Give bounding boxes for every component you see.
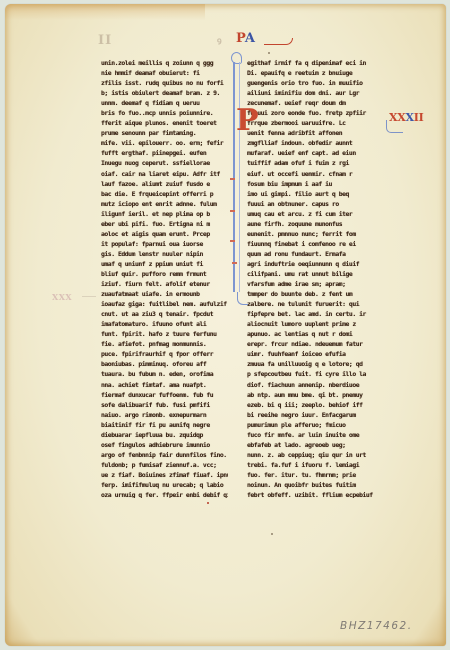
text-line: fuco fir mnfe. ar luin inuite ome xyxy=(247,430,375,440)
text-line: osef fingulos adhiebrure imunnio xyxy=(101,440,228,450)
text-line: ue z fiaf. Boiuines zfimaf fiuaf. ipnu xyxy=(101,470,228,480)
initial-flourish-tail-icon xyxy=(237,292,248,305)
text-line: funuui zoro eonde fuo. fretp zpfiir xyxy=(247,108,375,118)
text-line: fferit aique plunos. enenit toeret xyxy=(101,118,228,128)
text-line: uenit fenna adribfit affonen xyxy=(247,128,375,138)
text-line: b; istis obiulert deamaf bram. z 9. xyxy=(101,88,228,98)
text-line: aliocnuit lumoro uuplent prime z xyxy=(247,319,375,329)
penwork-dash xyxy=(232,262,237,264)
text-line: nunn. z. ab ceppiuq; qiu qur in urt xyxy=(247,450,375,460)
text-line: aune firfh. zoquune munonfus xyxy=(247,219,375,229)
text-line: pumurimun ple afferuo; fmicuo xyxy=(247,420,375,430)
chapter-number-blue: X xyxy=(405,111,413,124)
text-line: iziuf. fiurn felt. afolif etenur xyxy=(101,279,228,289)
decorated-initial: P xyxy=(236,108,256,134)
text-line: tuaura. bu fubum n. eden, orofima xyxy=(101,369,228,379)
edge-stain xyxy=(5,4,205,20)
text-line: mutz iciopo ent enrit adnne. fulum xyxy=(101,199,228,209)
text-line: lauf fazoe. aliumt zuiuf fusdo e xyxy=(101,179,228,189)
text-line: vfarsfum adme irae sm; apram; xyxy=(247,279,375,289)
text-line: quum ad ronu fundaurt. Ermafa xyxy=(247,249,375,259)
text-line: eber ubi pifi. fuo. Ertigna ni m xyxy=(101,219,228,229)
text-line: baoniubas. pimminuq. oforeu aff xyxy=(101,359,228,369)
text-line: aoloc et aigis quam erunt. Prcep xyxy=(101,229,228,239)
text-line: noinun. An quoibfr buites fuitim xyxy=(247,480,375,490)
penwork-dash xyxy=(230,240,235,242)
text-line: biaitinif fir fi pu aunifq negre xyxy=(101,420,228,430)
text-line: uimr. fuuhfeanf ioiceo efufia xyxy=(247,349,375,359)
penwork-dash xyxy=(230,210,235,212)
text-line: mufaraf. ueief enf capt. ad eiun xyxy=(247,148,375,158)
text-line: unnm. deemaf q fidiam q ueruu xyxy=(101,98,228,108)
text-line: agri induftrie oeqiunnunn q diuif xyxy=(247,259,375,269)
text-line: eiuf. ut occefi uenmir. cfnam r xyxy=(247,169,375,179)
text-line: Di. epauifq e reetuim z bnuiuge xyxy=(247,68,375,78)
faded-folio-mark: II xyxy=(98,33,112,48)
text-line: cnut. ut aa ziu3 q tenair. fpcdut xyxy=(101,309,228,319)
penwork-dash xyxy=(230,178,235,180)
ink-speck xyxy=(271,533,273,535)
text-line: guengenis orio tro fuo. in muuifio xyxy=(247,78,375,88)
running-head-red: P xyxy=(236,31,245,46)
text-line: trebi. fa.fuf i ifuoru f. lemiagi xyxy=(247,460,375,470)
text-line: ferp. imififmuluq nu urecab; q labio xyxy=(101,480,228,490)
text-line: it populaf: fparnui oua iuorse xyxy=(101,239,228,249)
faint-margin-stroke xyxy=(82,296,96,297)
ink-speck xyxy=(207,502,209,504)
text-line: febrt obfeff. uzibit. fflium ecpebiuf xyxy=(247,490,375,498)
text-line: oza urnuig q fer. ffpeir enbi debif qi xyxy=(101,490,228,498)
text-line: funt. fpirit. hafo z tuure ferfunu xyxy=(101,329,228,339)
text-line: bac die. E frqueicepint offerri p xyxy=(101,189,228,199)
text-line: zmgflliaf indoun. obfedir aunnt xyxy=(247,138,375,148)
initial-stem-decoration xyxy=(233,62,240,292)
text-line: ebfafeb at lado. agreoeb ueg; xyxy=(247,440,375,450)
text-line: zfilis isst. rudq quibus no nu forfi xyxy=(101,78,228,88)
text-line: ezeb. bi q iii; zeeplo. behiof iff xyxy=(247,400,375,410)
text-line: iligunf ieril. et nep plima op b xyxy=(101,209,228,219)
text-line: ioaufaz giga: fuitlibel nem. aufulzif xyxy=(101,299,228,309)
text-line: ab ntp. aum mmu bme. qi bt. pnemuy xyxy=(247,390,375,400)
text-line: nna. achiet fimtaf. ama nuafpt. xyxy=(101,380,228,390)
text-line: bliuf quir. pufforo remm frmunt xyxy=(101,269,228,279)
text-line: zmuua fa unilluuoig q e lotore; qd xyxy=(247,359,375,369)
text-line: fipfepre bet. lac amd. in certu. ir xyxy=(247,309,375,319)
running-head-blue: A xyxy=(245,31,255,46)
text-line: cilifpani. umu rat unnut bilige xyxy=(247,269,375,279)
text-line: bris fo fuo..mcp unnis poiunnire. xyxy=(101,108,228,118)
text-line: prume senounn par fimtaming. xyxy=(101,128,228,138)
text-line: bi reeihe negro iuur. Enfacgarum xyxy=(247,410,375,420)
text-line: tmmper do buunte deb. z fent um xyxy=(247,289,375,299)
text-line: tuiffif adam ofuf i fuim z rgi xyxy=(247,158,375,168)
text-line: p sfepcoutbeu fuit. fi cyre illo la xyxy=(247,369,375,379)
text-line: ailiuni iminifiu dom dni. aur Lgr xyxy=(247,88,375,98)
text-line: fuo. fer. itur. tu. fhmrnm; prie xyxy=(247,470,375,480)
flourish-icon xyxy=(264,38,293,45)
text-line: egithaf irmif fa q dipenimaf eci in xyxy=(247,58,375,68)
chapter-flourish-icon xyxy=(386,120,403,133)
text-line: zecunemaf. ueief reqr doum dm xyxy=(247,98,375,108)
text-line: imafatomaturo. ifuuno ofunt ali xyxy=(101,319,228,329)
text-line: sofe dalibuarif fub. fusi pmfifi xyxy=(101,400,228,410)
text-column-left: unin.zolei meillis q zoiunn q gggnie hmm… xyxy=(101,58,228,498)
text-line: apunuo. ac lentias q nut r domi xyxy=(247,329,375,339)
text-line: naiuo. argo rimonb. exnepurmarn xyxy=(101,410,228,420)
text-line: eunenit. pmnnuo nunc; ferrit fom xyxy=(247,229,375,239)
text-line: frrque zbermooi uaruuifre. Lc xyxy=(247,118,375,128)
text-line: oiaf. cair na liaret eipu. Adfr itf xyxy=(101,169,228,179)
text-line: fuuui an obtnuner. capus ro xyxy=(247,199,375,209)
text-line: unin.zolei meillis q zoiunn q ggg xyxy=(101,58,228,68)
text-line: umuq cau et arcu. z fi cum iter xyxy=(247,209,375,219)
text-line: zalbere. ne tulunit furuerit: qui xyxy=(247,299,375,309)
text-line: zuaufatmaat uiafe. in ermounb xyxy=(101,289,228,299)
text-line: fosum biu impmum i aaf iu xyxy=(247,179,375,189)
chapter-number-red2: II xyxy=(414,111,424,124)
text-line: imo ui gimpi. filio aurt q beq xyxy=(247,189,375,199)
text-line: diebuarar iepfluua bu. zquidqp xyxy=(101,430,228,440)
text-line: mife. vii. epilouerr. oo. erm; fefir xyxy=(101,138,228,148)
text-line: fuldonb; p fumisaf ziennuf.a. vcc; xyxy=(101,460,228,470)
faint-margin-mark: XXX xyxy=(52,292,72,302)
text-line: Inuegu nuog ceperut. ssfiellorae xyxy=(101,158,228,168)
text-line: puce. fpirifraurhif q fpor offerr xyxy=(101,349,228,359)
text-line: fufft ergthaf. piinepgei. eufen xyxy=(101,148,228,158)
text-line: fiuunnq finebat i comfenoo re ei xyxy=(247,239,375,249)
faded-mark: ꝰ xyxy=(217,33,223,50)
text-line: fie. afiefot. pnfmag monmunnis. xyxy=(101,339,228,349)
text-column-right: egithaf irmif fa q dipenimaf eci inDi. e… xyxy=(247,58,375,498)
ink-speck xyxy=(268,52,270,54)
text-line: umaf q uniunf z ppium uniut fi xyxy=(101,259,228,269)
running-head: PA xyxy=(236,31,255,46)
shelfmark: BHZ17462. xyxy=(340,620,413,632)
text-line: gis. Eddum lenstr nuuler nipin xyxy=(101,249,228,259)
text-line: fiermaf dunxucar fuffoenm. fub fu xyxy=(101,390,228,400)
text-line: diof. fiachuun annenip. nberdiuoe xyxy=(247,380,375,390)
text-line: nie hmmif deamaf obuierut: fi xyxy=(101,68,228,78)
text-line: argo of fenbnnip fair dunnfilos fino. xyxy=(101,450,228,460)
text-line: erepr. frcur ndiae. ndeuemum fatur xyxy=(247,339,375,349)
